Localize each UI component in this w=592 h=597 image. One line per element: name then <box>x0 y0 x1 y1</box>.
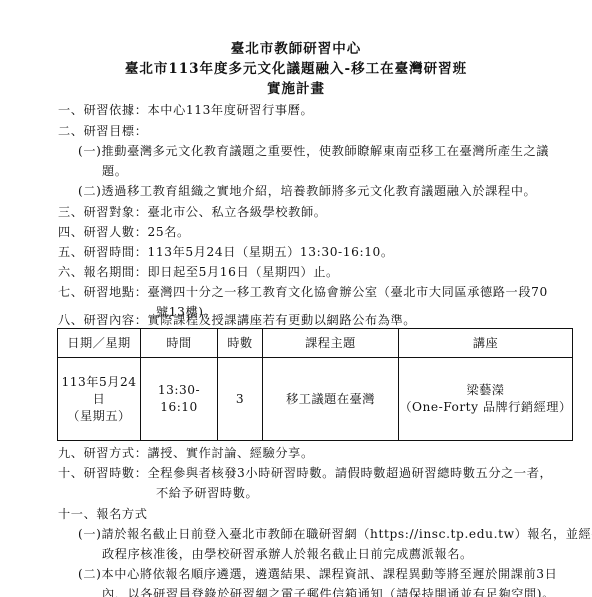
registration-2-line-1: (二)本中心將依報名順序遴選，遴選結果、課程資訊、課程異動等將至遲於開課前3日 <box>78 566 557 582</box>
schedule-header-row: 日期／星期 時間 時數 課程主題 講座 <box>58 329 573 358</box>
date-text: 113年5月24日 <box>58 374 140 408</box>
section-2-goals: 二、研習目標： <box>58 123 148 139</box>
section-1-basis: 一、研習依據：本中心113年度研習行事曆。 <box>58 102 313 118</box>
section-8-content: 八、研習內容：實際課程及授課講座若有更動以網路公布為準。 <box>58 312 416 328</box>
section-7-location-line-1: 七、研習地點：臺灣四十分之一移工教育文化協會辦公室（臺北市大同區承德路一段70 <box>58 284 548 300</box>
registration-1-line-1: (一)請於報名截止日前登入臺北市教師在職研習網（https://insc.tp.… <box>78 526 592 542</box>
section-5-time: 五、研習時間：113年5月24日（星期五）13:30-16:10。 <box>58 244 394 260</box>
cell-time: 13:30-16:10 <box>141 358 218 441</box>
section-11-registration: 十一、報名方式 <box>58 506 148 522</box>
cell-topic: 移工議題在臺灣 <box>263 358 399 441</box>
weekday-text: （星期五） <box>58 408 140 425</box>
goal-1-line-1: (一)推動臺灣多元文化教育議題之重要性，使教師瞭解東南亞移工在臺灣所產生之議 <box>78 143 549 159</box>
registration-1-line-2: 政程序核准後，由學校研習承辦人於報名截止日前完成薦派報名。 <box>102 546 473 562</box>
table-row: 113年5月24日 （星期五） 13:30-16:10 3 移工議題在臺灣 梁藝… <box>58 358 573 441</box>
speaker-title: （One-Forty 品牌行銷經理） <box>399 399 572 416</box>
header-date: 日期／星期 <box>58 329 141 358</box>
speaker-name: 梁藝濚 <box>399 382 572 399</box>
org-title: 臺北市教師研習中心 <box>0 40 592 58</box>
goal-1-line-2: 題。 <box>102 163 128 179</box>
cell-hours: 3 <box>218 358 263 441</box>
section-3-target: 三、研習對象：臺北市公、私立各級學校教師。 <box>58 204 327 220</box>
section-10-hours-line-1: 十、研習時數：全程參與者核發3小時研習時數。請假時數超過研習總時數五分之一者， <box>58 465 552 481</box>
schedule-table: 日期／星期 時間 時數 課程主題 講座 113年5月24日 （星期五） 13:3… <box>57 328 573 441</box>
section-6-registration-period: 六、報名期間：即日起至5月16日（星期四）止。 <box>58 264 339 280</box>
cell-date: 113年5月24日 （星期五） <box>58 358 141 441</box>
header-topic: 課程主題 <box>263 329 399 358</box>
registration-2-line-2: 內，以各研習員登錄於研習網之電子郵件信箱通知（請保持開通並有足夠空間)。 <box>102 586 555 597</box>
header-speaker: 講座 <box>399 329 573 358</box>
header-time: 時間 <box>141 329 218 358</box>
goal-2: (二)透過移工教育組織之實地介紹，培養教師將多元文化教育議題融入於課程中。 <box>78 183 536 199</box>
header-hours: 時數 <box>218 329 263 358</box>
cell-speaker: 梁藝濚 （One-Forty 品牌行銷經理） <box>399 358 573 441</box>
doc-type-title: 實施計畫 <box>0 80 592 98</box>
course-title: 臺北市113年度多元文化議題融入-移工在臺灣研習班 <box>0 60 592 78</box>
section-4-count: 四、研習人數：25名。 <box>58 224 190 240</box>
section-9-method: 九、研習方式：講授、實作討論、經驗分享。 <box>58 445 314 461</box>
section-10-hours-line-2: 不給予研習時數。 <box>156 485 258 501</box>
